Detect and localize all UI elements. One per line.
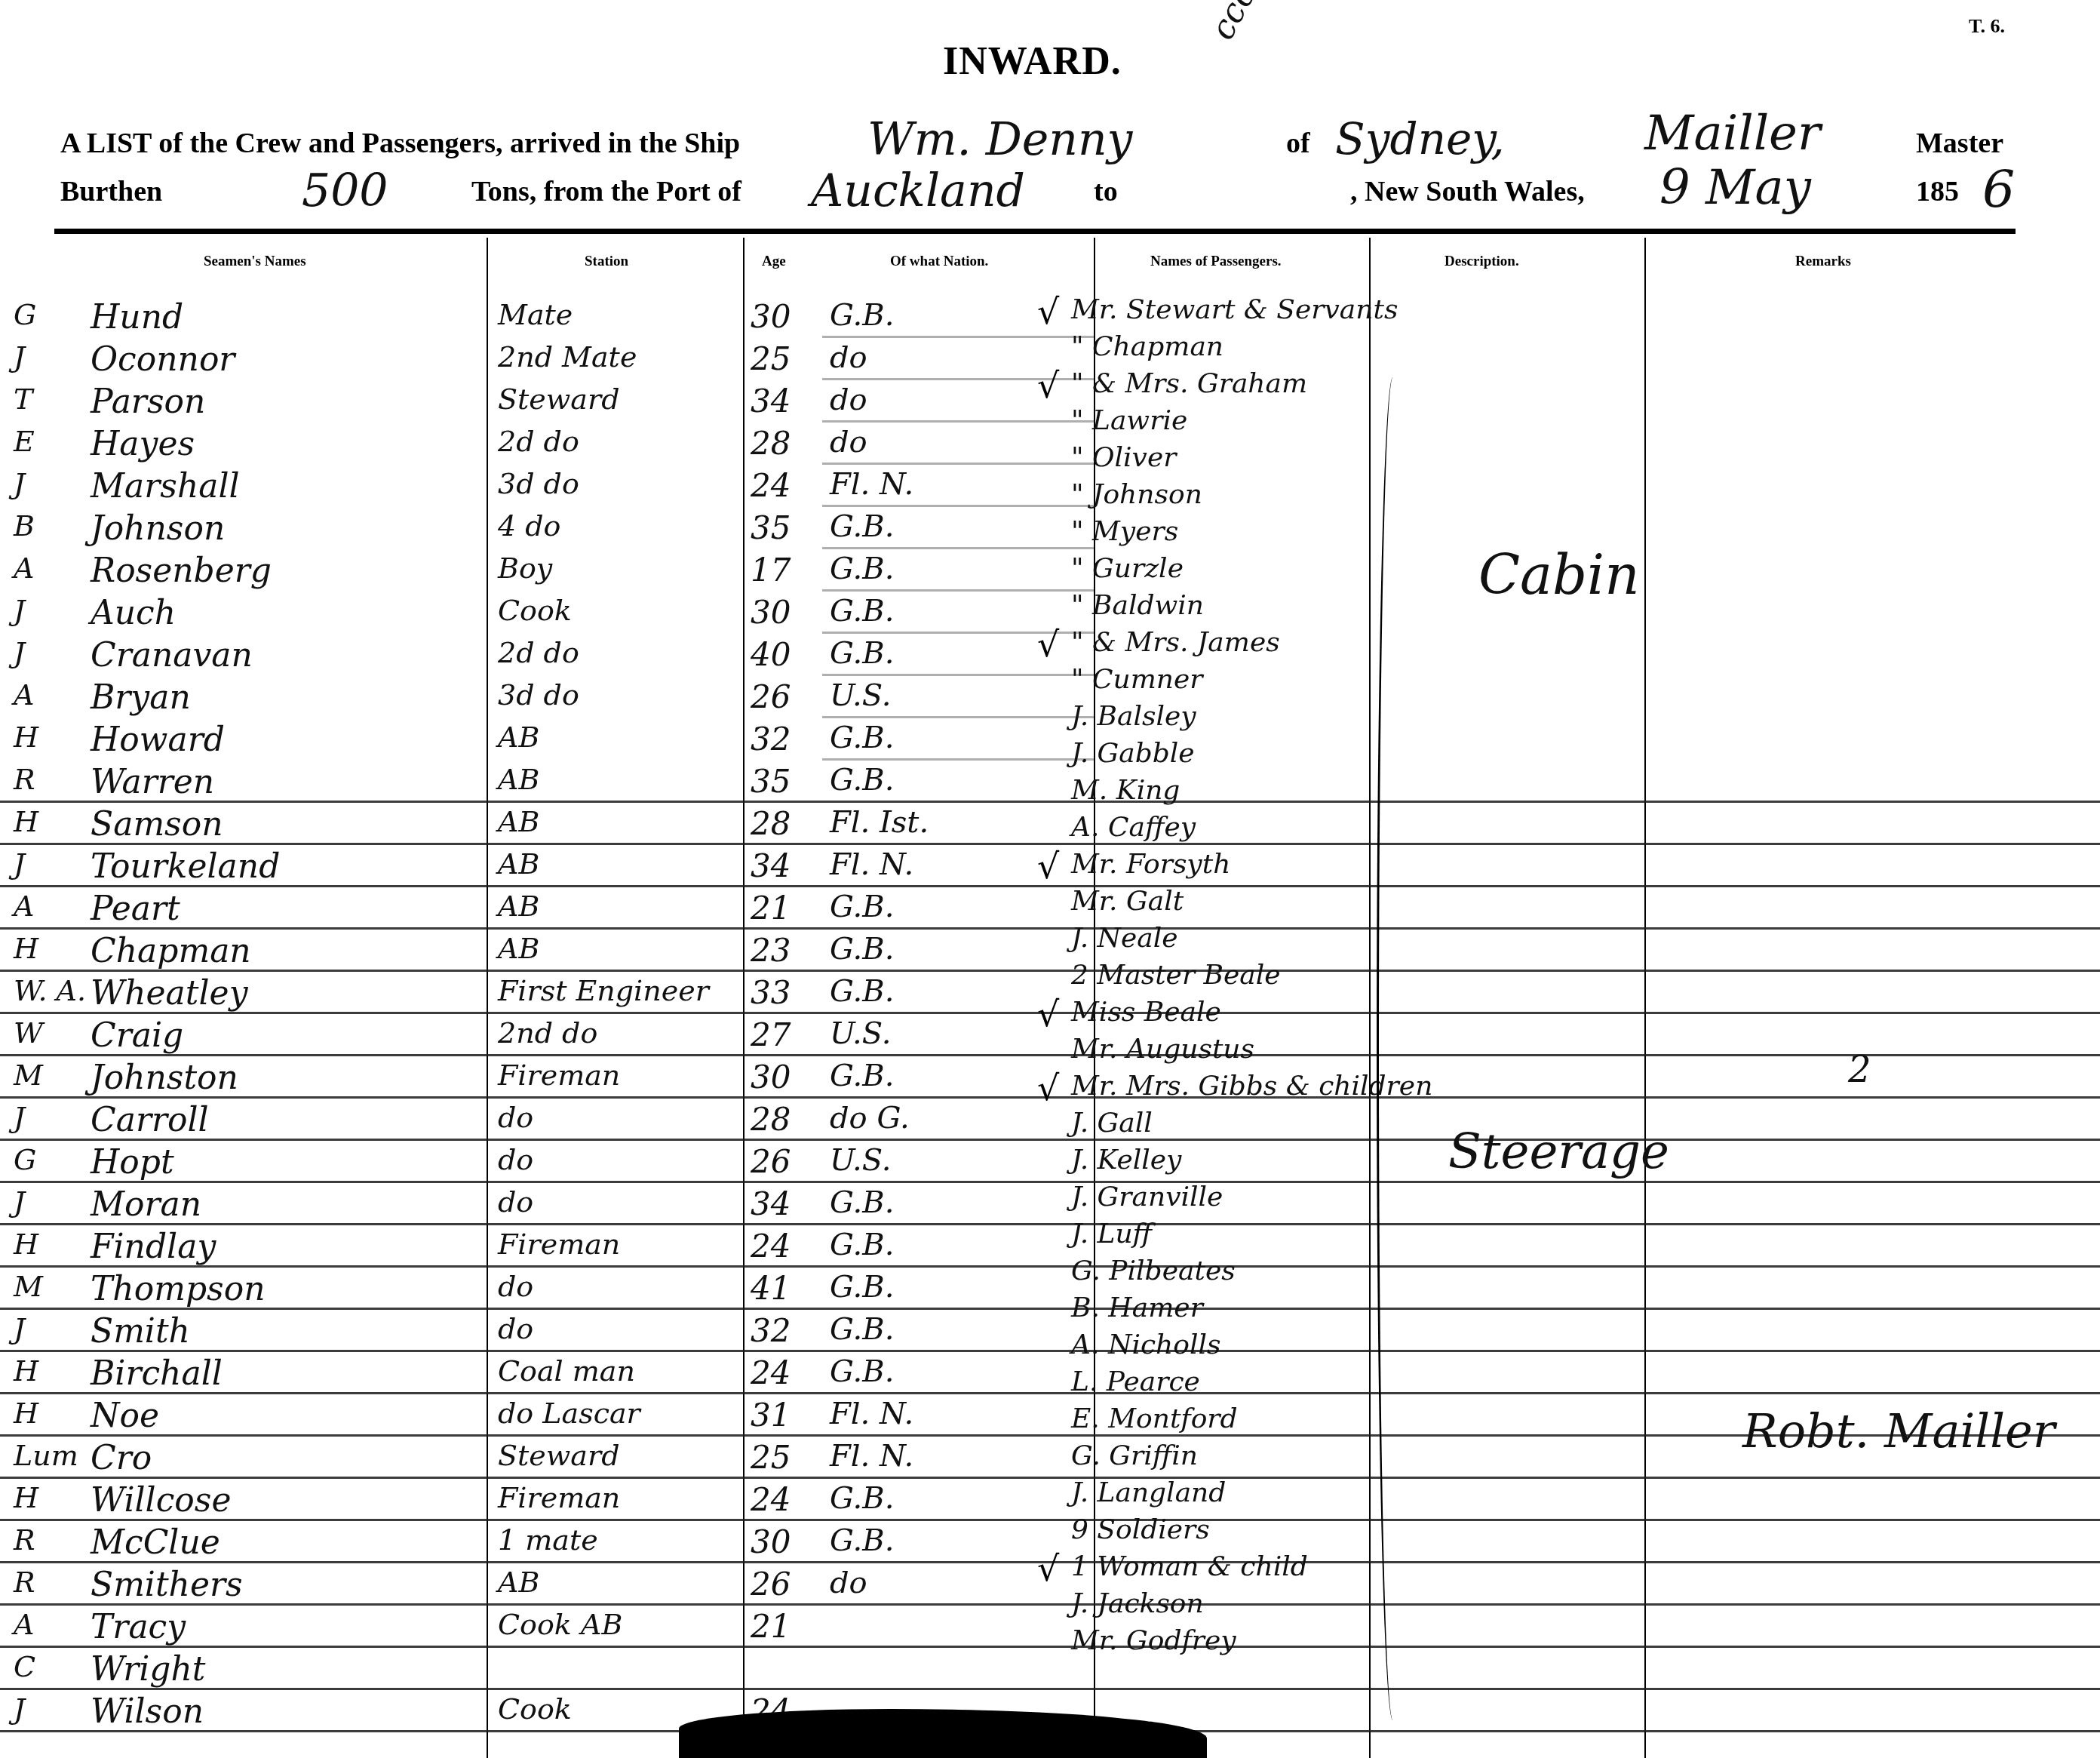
crew-initial: M	[14, 1270, 43, 1303]
crew-station: 1 mate	[498, 1523, 598, 1557]
crew-nation: Fl. N.	[830, 1397, 913, 1431]
crew-station: Boy	[498, 552, 552, 585]
crew-nation: Fl. Ist.	[830, 805, 929, 840]
crew-age: 34	[751, 1185, 791, 1222]
crew-name: Howard	[91, 721, 225, 759]
crew-age: 24	[751, 467, 791, 504]
crew-initial: Lum	[14, 1439, 78, 1472]
crew-nation: G.B.	[830, 932, 894, 967]
document-title: INWARD.	[943, 39, 1122, 84]
arrival-date: 9 May	[1659, 160, 1811, 216]
burthen-label: Burthen	[60, 175, 162, 208]
crew-age: 31	[751, 1397, 791, 1434]
crew-station: Steward	[498, 383, 619, 416]
crew-station: Cook	[498, 594, 572, 627]
crew-initial: A	[14, 890, 34, 923]
crew-station: 3d do	[498, 467, 579, 500]
passenger-name: J. Kelley	[1071, 1145, 1181, 1176]
passenger-name: " Gurzle	[1071, 553, 1184, 584]
passenger-name: M. King	[1071, 775, 1180, 806]
crew-station: do Lascar	[498, 1397, 640, 1430]
crew-age: 21	[751, 890, 791, 927]
description-steerage: Steerage	[1448, 1124, 1669, 1180]
col-header-seamen: Seamen's Names	[204, 254, 306, 270]
row-rule	[0, 1603, 2100, 1606]
crew-station: Fireman	[498, 1228, 620, 1261]
crew-name: Carroll	[91, 1101, 209, 1139]
crew-name: Auch	[91, 594, 176, 632]
crew-station: AB	[498, 721, 539, 754]
crew-nation: G.B.	[830, 636, 894, 671]
crew-nation: G.B.	[830, 721, 894, 755]
col-header-remarks: Remarks	[1795, 254, 1851, 270]
row-rule	[0, 1688, 2100, 1690]
destination-label: , New South Wales,	[1350, 175, 1585, 208]
crew-station: do	[498, 1143, 533, 1176]
crew-initial: W	[14, 1016, 43, 1050]
crew-name: Willcose	[91, 1481, 231, 1520]
row-rule	[0, 1308, 2100, 1310]
row-rule	[822, 674, 1094, 676]
checkmark-icon: √	[1037, 624, 1059, 665]
form-code: T. 6.	[1969, 15, 2005, 38]
passenger-name: Mr. Galt	[1071, 886, 1184, 917]
row-rule	[0, 1519, 2100, 1521]
crew-name: Johnson	[91, 509, 225, 548]
row-rule	[822, 589, 1094, 592]
crew-name: Wright	[91, 1650, 206, 1689]
row-rule	[0, 1350, 2100, 1352]
crew-initial: W. A.	[14, 974, 86, 1007]
crew-age: 21	[751, 1608, 791, 1645]
crew-station: Mate	[498, 298, 573, 331]
row-rule	[0, 1392, 2100, 1394]
crew-station: 2d do	[498, 636, 579, 669]
passenger-name: 9 Soldiers	[1071, 1514, 1210, 1545]
crew-name: Wilson	[91, 1692, 204, 1731]
crew-station: 3d do	[498, 678, 579, 711]
crew-station: 2d do	[498, 425, 579, 458]
crew-initial: G	[14, 298, 36, 331]
crew-initial: A	[14, 552, 34, 585]
passenger-name: " Cumner	[1071, 664, 1203, 695]
crew-age: 25	[751, 1439, 791, 1476]
column-divider	[487, 238, 488, 1758]
crew-age: 34	[751, 383, 791, 420]
col-header-age: Age	[762, 254, 786, 270]
crew-nation: G.B.	[830, 1354, 894, 1389]
checkmark-icon: √	[1037, 365, 1059, 406]
passenger-name: E. Montford	[1071, 1403, 1238, 1434]
description-brace	[1377, 377, 1409, 1720]
crew-initial: R	[14, 763, 35, 796]
column-divider	[1644, 238, 1646, 1758]
crew-name: Peart	[91, 890, 180, 928]
crew-station: 2nd do	[498, 1016, 597, 1050]
crew-name: Hund	[91, 298, 183, 337]
crew-age: 28	[751, 425, 791, 462]
crew-nation: G.B.	[830, 763, 894, 798]
crew-initial: J	[14, 1101, 25, 1134]
crew-age: 41	[751, 1270, 791, 1307]
row-rule	[822, 336, 1094, 338]
row-rule	[0, 970, 2100, 972]
crew-station: do	[498, 1270, 533, 1303]
crew-initial: H	[14, 1481, 38, 1514]
crew-station: do	[498, 1101, 533, 1134]
crew-initial: H	[14, 721, 38, 754]
passenger-name: Mr. Godfrey	[1071, 1625, 1236, 1656]
crew-age: 28	[751, 805, 791, 842]
row-rule	[0, 1646, 2100, 1648]
crew-age: 26	[751, 678, 791, 715]
passenger-name: L. Pearce	[1071, 1366, 1200, 1397]
crew-name: Thompson	[91, 1270, 265, 1308]
header-rule	[54, 229, 2016, 234]
crew-nation: G.B.	[830, 890, 894, 924]
crew-nation: U.S.	[830, 1143, 891, 1178]
crew-name: Bryan	[91, 678, 191, 717]
passenger-name: J. Gabble	[1071, 738, 1195, 769]
crew-age: 40	[751, 636, 791, 673]
crew-initial: T	[14, 383, 32, 416]
checkmark-icon: √	[1037, 1548, 1059, 1589]
crew-nation: G.B.	[830, 1228, 894, 1262]
crew-age: 27	[751, 1016, 791, 1053]
crew-age: 28	[751, 1101, 791, 1138]
master-name: Mailler	[1644, 106, 1821, 161]
crew-name: Findlay	[91, 1228, 216, 1266]
crew-initial: H	[14, 1397, 38, 1430]
ship-port-of-registry: Sydney,	[1335, 113, 1505, 164]
row-rule	[0, 1054, 2100, 1056]
crew-age: 25	[751, 340, 791, 377]
passenger-name: A. Nicholls	[1071, 1329, 1220, 1360]
crew-nation: do	[830, 1566, 867, 1600]
crew-name: Cranavan	[91, 636, 253, 675]
passenger-name: Mr. Stewart & Servants	[1071, 294, 1398, 325]
passenger-name: 2 Master Beale	[1071, 960, 1281, 991]
crew-nation: G.B.	[830, 1059, 894, 1093]
col-header-passengers: Names of Passengers.	[1150, 254, 1282, 270]
crew-name: Oconnor	[91, 340, 235, 379]
crew-initial: H	[14, 805, 38, 838]
crew-nation: Fl. N.	[830, 1439, 913, 1474]
passenger-name: J. Gall	[1071, 1108, 1153, 1139]
crew-age: 26	[751, 1566, 791, 1603]
crew-nation: G.B.	[830, 509, 894, 544]
passenger-name: " Myers	[1071, 516, 1178, 547]
checkmark-icon: √	[1037, 291, 1059, 332]
crew-initial: B	[14, 509, 35, 542]
crew-station: Cook	[498, 1692, 572, 1726]
crew-nation: G.B.	[830, 1185, 894, 1220]
crew-initial: J	[14, 1312, 25, 1345]
from-port: Auckland	[811, 164, 1025, 217]
row-rule	[0, 801, 2100, 803]
crew-nation: do	[830, 425, 867, 459]
burthen-value: 500	[302, 164, 388, 217]
of-label: of	[1286, 127, 1310, 160]
row-rule	[822, 716, 1094, 718]
crew-station: Cook AB	[498, 1608, 622, 1641]
ship-name: Wm. Denny	[867, 113, 1133, 166]
crew-nation: Fl. N.	[830, 467, 913, 502]
crew-age: 24	[751, 1228, 791, 1265]
crew-age: 35	[751, 763, 791, 800]
crew-nation: G.B.	[830, 1270, 894, 1305]
passenger-name: J. Luff	[1071, 1219, 1152, 1249]
crew-initial: C	[14, 1650, 35, 1683]
crew-name: Smithers	[91, 1566, 243, 1604]
checkmark-icon: √	[1037, 994, 1059, 1034]
crew-station: AB	[498, 1566, 539, 1599]
crew-initial: R	[14, 1566, 35, 1599]
passenger-name: J. Jackson	[1071, 1588, 1204, 1619]
crew-nation: G.B.	[830, 552, 894, 586]
crew-name: Tracy	[91, 1608, 186, 1646]
crew-age: 30	[751, 594, 791, 631]
crew-initial: J	[14, 847, 25, 881]
col-header-station: Station	[585, 254, 628, 270]
crew-age: 30	[751, 1523, 791, 1560]
crew-name: Birchall	[91, 1354, 223, 1393]
crew-age: 23	[751, 932, 791, 969]
crew-initial: G	[14, 1143, 36, 1176]
crew-age: 35	[751, 509, 791, 546]
crew-station: AB	[498, 932, 539, 965]
passenger-name: Miss Beale	[1071, 997, 1221, 1028]
stamp-annotation: ccc - 11.20 13 May Gro. S	[1203, 0, 1441, 46]
crew-initial: J	[14, 636, 25, 669]
crew-name: McClue	[91, 1523, 220, 1562]
crew-name: Tourkeland	[91, 847, 280, 886]
ink-stain	[679, 1709, 1207, 1758]
passenger-name: " & Mrs. James	[1071, 627, 1280, 658]
crew-initial: J	[14, 594, 25, 627]
crew-nation: do G.	[830, 1101, 910, 1136]
passenger-name: J. Langland	[1071, 1477, 1226, 1508]
crew-name: Cro	[91, 1439, 152, 1477]
crew-initial: J	[14, 1185, 25, 1219]
header-line1-label: A LIST of the Crew and Passengers, arriv…	[60, 127, 740, 160]
passenger-name: Mr. Augustus	[1071, 1034, 1254, 1065]
row-rule	[822, 505, 1094, 507]
crew-name: Smith	[91, 1312, 190, 1351]
remark-children-count: 2	[1848, 1049, 1871, 1091]
crew-nation: U.S.	[830, 678, 891, 713]
col-header-description: Description.	[1445, 254, 1519, 270]
passenger-name: G. Griffin	[1071, 1440, 1198, 1471]
row-rule	[0, 1265, 2100, 1268]
crew-name: Hayes	[91, 425, 195, 463]
column-divider	[1369, 238, 1371, 1758]
crew-age: 30	[751, 1059, 791, 1096]
col-header-nation: Of what Nation.	[890, 254, 988, 270]
crew-initial: E	[14, 425, 35, 458]
crew-age: 34	[751, 847, 791, 884]
crew-nation: G.B.	[830, 1312, 894, 1347]
crew-initial: R	[14, 1523, 35, 1557]
row-rule	[822, 758, 1094, 761]
crew-initial: H	[14, 932, 38, 965]
row-rule	[0, 927, 2100, 930]
checkmark-icon: √	[1037, 1068, 1059, 1108]
year-printed: 185	[1916, 175, 1959, 208]
crew-age: 32	[751, 721, 791, 758]
crew-initial: J	[14, 340, 25, 373]
crew-nation: Fl. N.	[830, 847, 913, 882]
crew-nation: G.B.	[830, 974, 894, 1009]
crew-age: 26	[751, 1143, 791, 1180]
crew-station: Coal man	[498, 1354, 635, 1388]
crew-station: AB	[498, 805, 539, 838]
row-rule	[822, 547, 1094, 549]
passenger-name: G. Pilbeates	[1071, 1255, 1236, 1286]
passenger-name: 1 Woman & child	[1071, 1551, 1308, 1582]
crew-initial: J	[14, 467, 25, 500]
passenger-name: J. Balsley	[1071, 701, 1196, 732]
crew-station: AB	[498, 763, 539, 796]
crew-initial: H	[14, 1354, 38, 1388]
checkmark-icon: √	[1037, 846, 1059, 887]
crew-station: Fireman	[498, 1481, 620, 1514]
crew-name: Craig	[91, 1016, 183, 1055]
passenger-name: J. Neale	[1071, 923, 1178, 954]
row-rule	[822, 420, 1094, 423]
crew-name: Samson	[91, 805, 223, 844]
crew-nation: G.B.	[830, 298, 894, 333]
tons-label: Tons, from the Port of	[471, 175, 741, 208]
crew-initial: J	[14, 1692, 25, 1726]
crew-station: Fireman	[498, 1059, 620, 1092]
passenger-name: " Lawrie	[1071, 405, 1187, 436]
row-rule	[0, 1223, 2100, 1225]
crew-nation: do	[830, 383, 867, 417]
crew-age: 33	[751, 974, 791, 1011]
crew-initial: M	[14, 1059, 43, 1092]
crew-initial: H	[14, 1228, 38, 1261]
crew-initial: A	[14, 1608, 34, 1641]
row-rule	[0, 1139, 2100, 1141]
crew-name: Marshall	[91, 467, 240, 506]
crew-name: Moran	[91, 1185, 201, 1224]
crew-nation: G.B.	[830, 1523, 894, 1558]
crew-name: Johnston	[91, 1059, 238, 1097]
passenger-name: A. Caffey	[1071, 812, 1196, 843]
crew-name: Noe	[91, 1397, 159, 1435]
crew-nation: G.B.	[830, 594, 894, 629]
crew-nation: U.S.	[830, 1016, 891, 1051]
row-rule	[0, 843, 2100, 845]
crew-station: do	[498, 1185, 533, 1219]
passenger-name: Mr. Forsyth	[1071, 849, 1230, 880]
row-rule	[0, 1477, 2100, 1479]
row-rule	[822, 463, 1094, 465]
crew-station: Steward	[498, 1439, 619, 1472]
crew-station: 4 do	[498, 509, 560, 542]
crew-station: AB	[498, 890, 539, 923]
crew-name: Hopt	[91, 1143, 174, 1182]
crew-nation: G.B.	[830, 1481, 894, 1516]
crew-station: AB	[498, 847, 539, 881]
crew-name: Parson	[91, 383, 205, 421]
passenger-name: " & Mrs. Graham	[1071, 368, 1307, 399]
crew-age: 24	[751, 1481, 791, 1518]
crew-age: 17	[751, 552, 791, 589]
crew-age: 30	[751, 298, 791, 335]
crew-station: 2nd Mate	[498, 340, 637, 373]
passenger-name: " Baldwin	[1071, 590, 1204, 621]
crew-name: Chapman	[91, 932, 251, 970]
passenger-name: " Chapman	[1071, 331, 1223, 362]
crew-station: do	[498, 1312, 533, 1345]
crew-initial: A	[14, 678, 34, 711]
crew-station: First Engineer	[498, 974, 709, 1007]
passenger-name: " Oliver	[1071, 442, 1176, 473]
to-label: to	[1094, 175, 1118, 208]
crew-age: 32	[751, 1312, 791, 1349]
crew-age: 24	[751, 1354, 791, 1391]
crew-name: Warren	[91, 763, 214, 801]
row-rule	[0, 1181, 2100, 1183]
column-divider	[743, 238, 745, 1758]
crew-name: Rosenberg	[91, 552, 272, 590]
passenger-name: J. Granville	[1071, 1182, 1223, 1212]
crew-nation: do	[830, 340, 867, 375]
master-signature: Robt. Mailler	[1742, 1403, 2055, 1458]
crew-name: Wheatley	[91, 974, 247, 1013]
description-cabin: Cabin	[1478, 543, 1640, 607]
passenger-name: " Johnson	[1071, 479, 1202, 510]
passenger-name: B. Hamer	[1071, 1292, 1203, 1323]
master-label: Master	[1916, 127, 2003, 160]
year-digit: 6	[1982, 160, 2015, 220]
